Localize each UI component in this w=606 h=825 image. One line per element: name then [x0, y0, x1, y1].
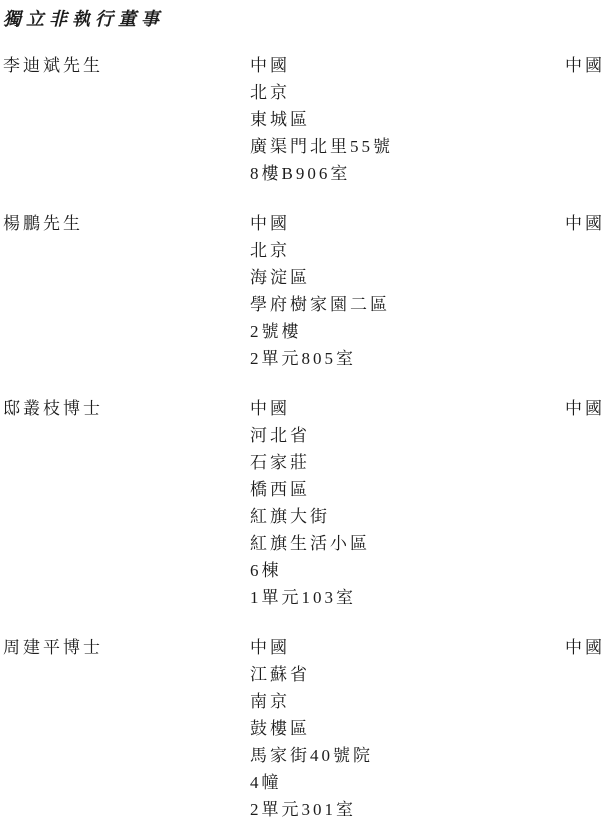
address-line: 6棟: [250, 557, 500, 584]
address-line: 河北省: [250, 422, 500, 449]
address-line: 江蘇省: [250, 661, 500, 688]
address-line: 中國: [250, 634, 500, 661]
address-line: 橋西區: [250, 476, 500, 503]
address-line: 紅旗生活小區: [250, 530, 500, 557]
address-line: 1單元103室: [250, 584, 500, 611]
director-nationality: 中國: [500, 210, 606, 237]
address-line: 鼓樓區: [250, 715, 500, 742]
address-line: 2單元301室: [250, 796, 500, 823]
address-line: 8樓B906室: [250, 160, 500, 187]
address-line: 中國: [250, 210, 500, 237]
director-entry: 楊鵬先生 中國北京海淀區學府樹家園二區2號樓2單元805室 中國: [3, 210, 606, 372]
director-nationality: 中國: [500, 52, 606, 79]
address-line: 中國: [250, 395, 500, 422]
director-name: 楊鵬先生: [3, 210, 250, 237]
director-entry: 周建平博士 中國江蘇省南京鼓樓區馬家街40號院4幢2單元301室 中國: [3, 634, 606, 823]
director-address-block: 中國河北省石家莊橋西區紅旗大街紅旗生活小區6棟1單元103室: [250, 395, 500, 611]
director-entry: 李迪斌先生 中國北京東城區廣渠門北里55號8樓B906室 中國: [3, 52, 606, 187]
director-nationality: 中國: [500, 634, 606, 661]
address-line: 東城區: [250, 106, 500, 133]
address-line: 紅旗大街: [250, 503, 500, 530]
address-line: 學府樹家園二區: [250, 291, 500, 318]
address-line: 4幢: [250, 769, 500, 796]
directors-list: 李迪斌先生 中國北京東城區廣渠門北里55號8樓B906室 中國 楊鵬先生 中國北…: [3, 52, 606, 823]
address-line: 2單元805室: [250, 345, 500, 372]
director-address-block: 中國江蘇省南京鼓樓區馬家街40號院4幢2單元301室: [250, 634, 500, 823]
address-line: 南京: [250, 688, 500, 715]
director-entry: 邸叢枝博士 中國河北省石家莊橋西區紅旗大街紅旗生活小區6棟1單元103室 中國: [3, 395, 606, 611]
director-name: 邸叢枝博士: [3, 395, 250, 422]
address-line: 北京: [250, 79, 500, 106]
address-line: 2號樓: [250, 318, 500, 345]
document-page: 獨立非執行董事 李迪斌先生 中國北京東城區廣渠門北里55號8樓B906室 中國 …: [0, 0, 606, 825]
director-address-block: 中國北京東城區廣渠門北里55號8樓B906室: [250, 52, 500, 187]
director-nationality: 中國: [500, 395, 606, 422]
address-line: 廣渠門北里55號: [250, 133, 500, 160]
director-address-block: 中國北京海淀區學府樹家園二區2號樓2單元805室: [250, 210, 500, 372]
address-line: 海淀區: [250, 264, 500, 291]
address-line: 中國: [250, 52, 500, 79]
address-line: 北京: [250, 237, 500, 264]
address-line: 石家莊: [250, 449, 500, 476]
director-name: 周建平博士: [3, 634, 250, 661]
section-heading: 獨立非執行董事: [3, 6, 606, 33]
director-name: 李迪斌先生: [3, 52, 250, 79]
address-line: 馬家街40號院: [250, 742, 500, 769]
